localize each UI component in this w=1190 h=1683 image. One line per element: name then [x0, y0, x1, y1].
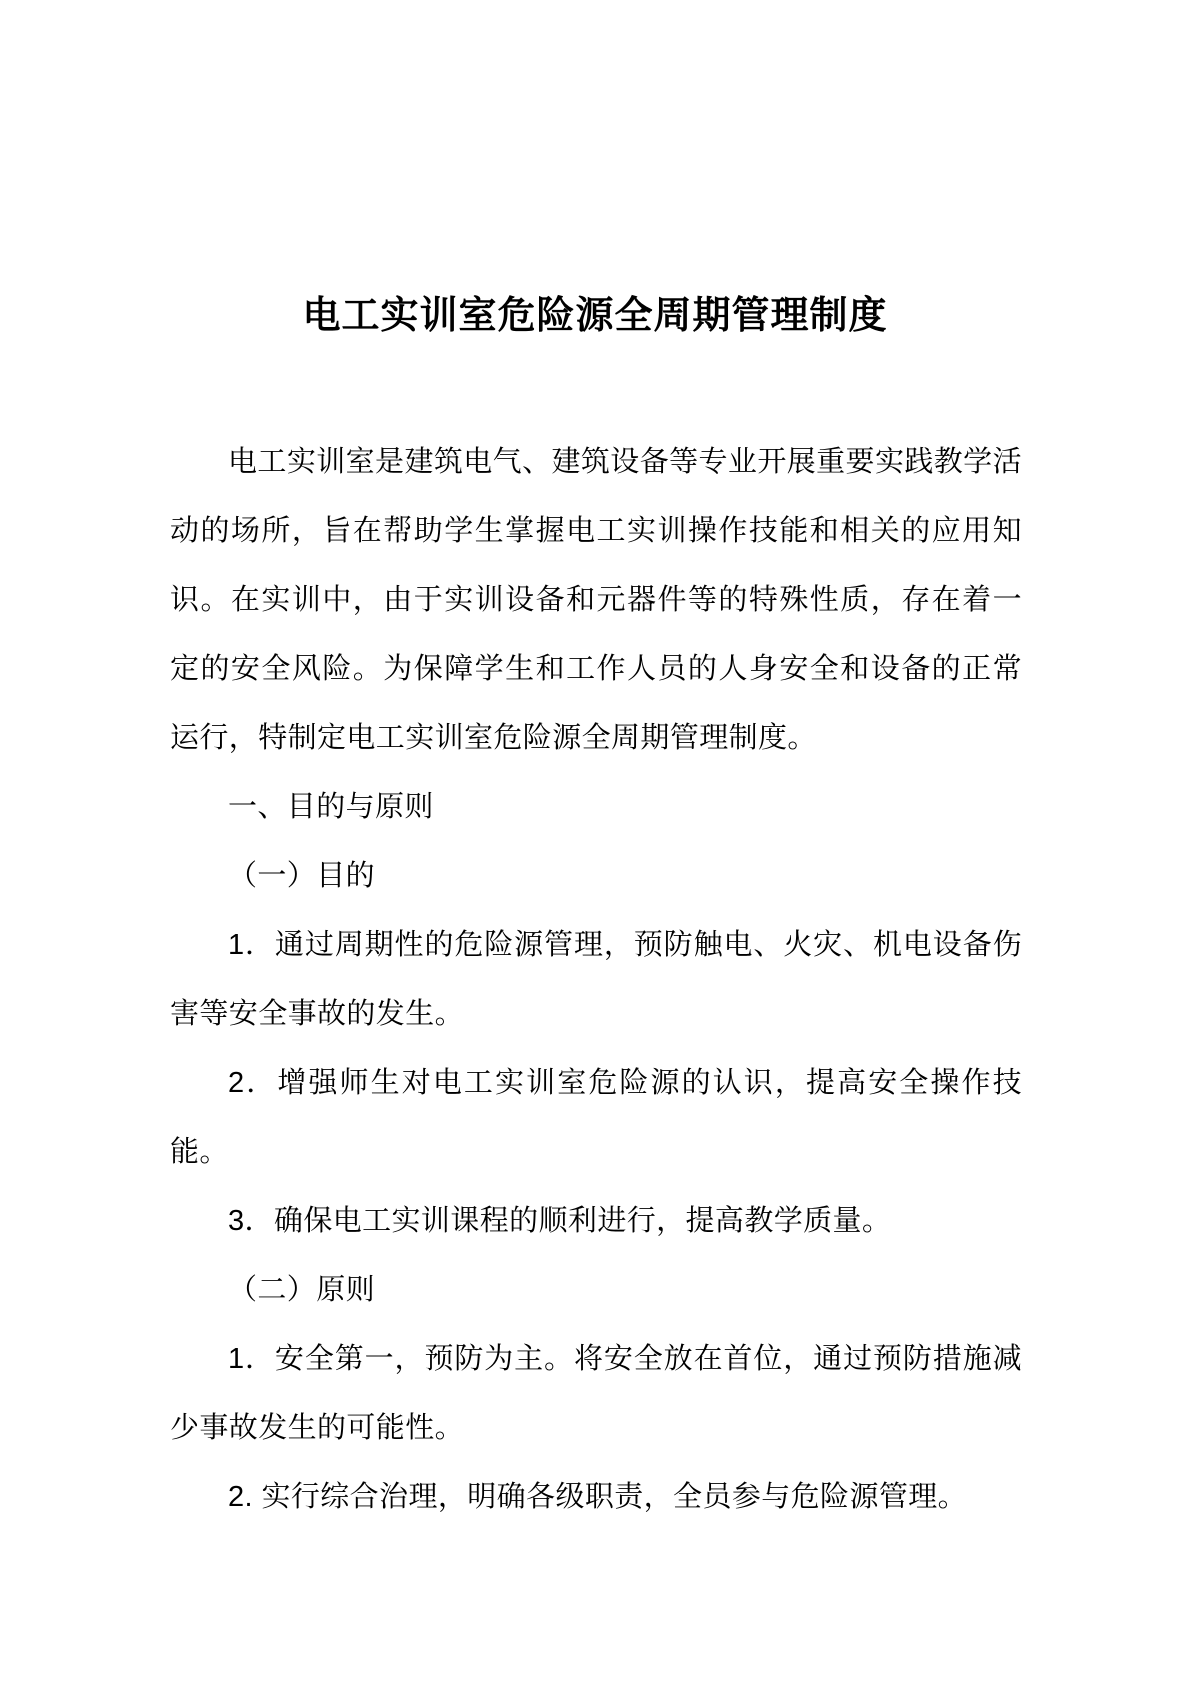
- paragraph-list-item: 1．通过周期性的危险源管理，预防触电、火灾、机电设备伤害等安全事故的发生。: [170, 911, 1022, 1049]
- paragraph-heading-2: （一）目的: [170, 842, 1022, 911]
- paragraph-body: 电工实训室是建筑电气、建筑设备等专业开展重要实践教学活动的场所，旨在帮助学生掌握…: [170, 428, 1022, 773]
- paragraph-list-item: 2. 实行综合治理，明确各级职责，全员参与危险源管理。: [170, 1463, 1022, 1532]
- document-body: 电工实训室是建筑电气、建筑设备等专业开展重要实践教学活动的场所，旨在帮助学生掌握…: [170, 428, 1022, 1532]
- document-title: 电工实训室危险源全周期管理制度: [0, 0, 1190, 339]
- document-page: 电工实训室危险源全周期管理制度 电工实训室是建筑电气、建筑设备等专业开展重要实践…: [0, 0, 1190, 1683]
- paragraph-list-item: 1．安全第一，预防为主。将安全放在首位，通过预防措施减少事故发生的可能性。: [170, 1325, 1022, 1463]
- paragraph-list-item: 2．增强师生对电工实训室危险源的认识，提高安全操作技能。: [170, 1049, 1022, 1187]
- paragraph-heading-2: （二）原则: [170, 1256, 1022, 1325]
- paragraph-list-item: 3．确保电工实训课程的顺利进行，提高教学质量。: [170, 1187, 1022, 1256]
- paragraph-heading-1: 一、目的与原则: [170, 773, 1022, 842]
